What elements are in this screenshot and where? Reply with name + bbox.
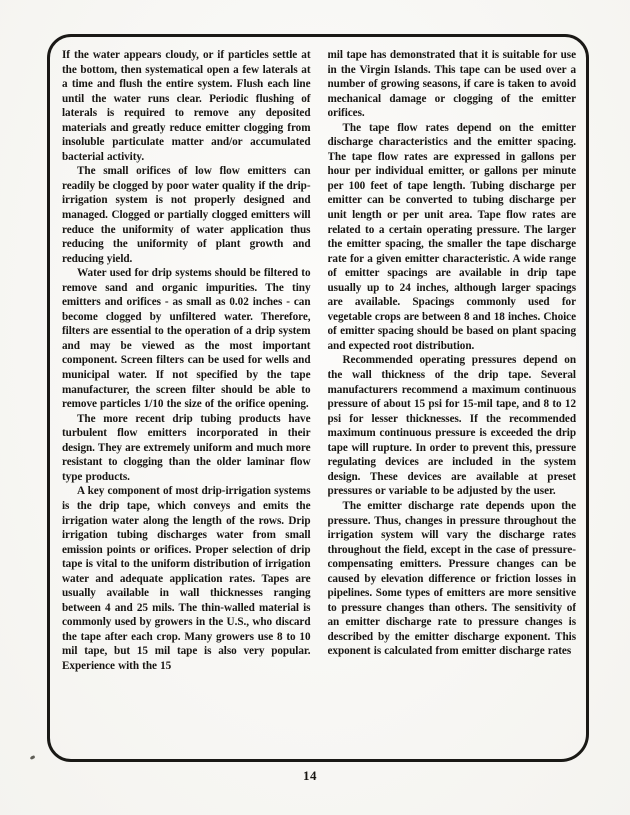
paragraph: Recommended operating pressures depend o… bbox=[328, 353, 577, 498]
scanned-document-page: If the water appears cloudy, or if parti… bbox=[0, 0, 630, 815]
page-border: If the water appears cloudy, or if parti… bbox=[47, 34, 589, 762]
paragraph: A key component of most drip-irrigation … bbox=[62, 484, 311, 673]
paragraph: Water used for drip systems should be fi… bbox=[62, 266, 311, 411]
paragraph: mil tape has demonstrated that it is sui… bbox=[328, 48, 577, 121]
two-column-text: If the water appears cloudy, or if parti… bbox=[62, 48, 576, 751]
paragraph: The more recent drip tubing products hav… bbox=[62, 412, 311, 485]
paragraph: The emitter discharge rate depends upon … bbox=[328, 499, 577, 659]
page-number: 14 bbox=[0, 768, 620, 784]
paragraph: The tape flow rates depend on the emitte… bbox=[328, 121, 577, 354]
scan-artifact bbox=[30, 755, 36, 760]
left-column: If the water appears cloudy, or if parti… bbox=[62, 48, 311, 751]
paragraph: The small orifices of low flow emitters … bbox=[62, 164, 311, 266]
paragraph: If the water appears cloudy, or if parti… bbox=[62, 48, 311, 164]
right-column: mil tape has demonstrated that it is sui… bbox=[328, 48, 577, 751]
